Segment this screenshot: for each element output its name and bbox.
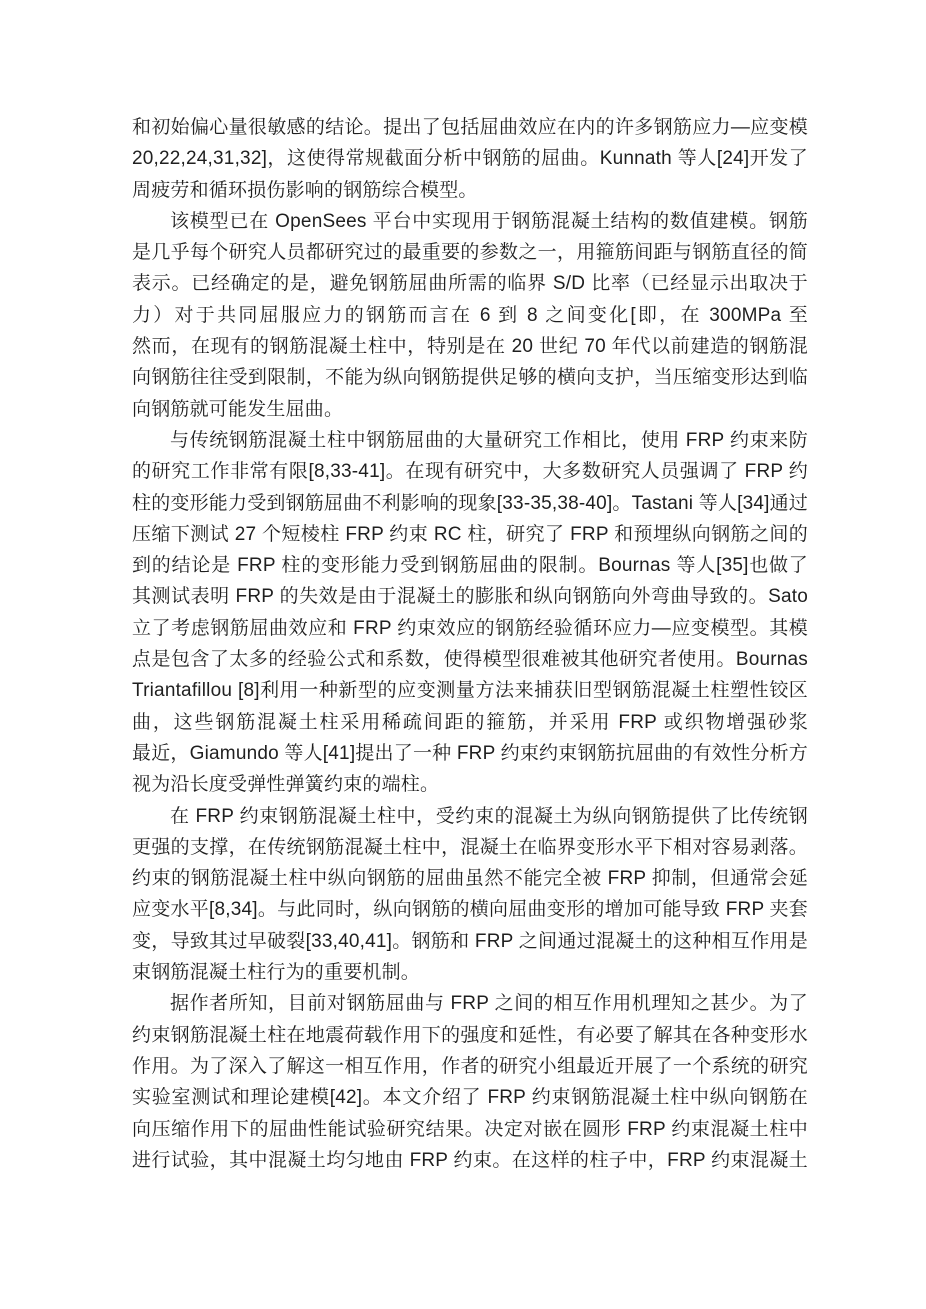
text-line: 和初始偏心量很敏感的结论。提出了包括屈曲效应在内的许多钢筋应力—应变模型[14,… <box>132 112 808 143</box>
text-line: 然而，在现有的钢筋混凝土柱中，特别是在 20 世纪 70 年代以前建造的钢筋混凝… <box>132 331 808 362</box>
text-line: 向钢筋往往受到限制，不能为纵向钢筋提供足够的横向支护，当压缩变形达到临界值时，纵 <box>132 362 808 393</box>
paragraph: 和初始偏心量很敏感的结论。提出了包括屈曲效应在内的许多钢筋应力—应变模型[14,… <box>132 112 808 206</box>
text-line: 进行试验，其中混凝土均匀地由 FRP 约束。在这样的柱子中，FRP 约束混凝土提… <box>132 1145 808 1176</box>
text-line: 其测试表明 FRP 的失效是由于混凝土的膨胀和纵向钢筋向外弯曲导致的。Sato … <box>132 581 808 612</box>
document-text: 和初始偏心量很敏感的结论。提出了包括屈曲效应在内的许多钢筋应力—应变模型[14,… <box>132 112 808 1176</box>
text-line: 点是包含了太多的经验公式和系数，使得模型很难被其他研究者使用。Bournas 和 <box>132 644 808 675</box>
text-line: 作用。为了深入了解这一相互作用，作者的研究小组最近开展了一个系统的研究项目，包括 <box>132 1051 808 1082</box>
text-line: 在 FRP 约束钢筋混凝土柱中，受约束的混凝土为纵向钢筋提供了比传统钢筋混凝土柱 <box>132 801 808 832</box>
text-line: 实验室测试和理论建模[42]。本文介绍了 FRP 约束钢筋混凝土柱中纵向钢筋在单… <box>132 1082 808 1113</box>
text-line: Triantafillou [8]利用一种新型的应变测量方法来捕获旧型钢筋混凝土… <box>132 675 808 706</box>
text-line: 柱的变形能力受到钢筋屈曲不利影响的现象[33-35,38-40]。Tastani… <box>132 488 808 519</box>
text-line: 向压缩作用下的屈曲性能试验研究结果。决定对嵌在圆形 FRP 约束混凝土柱中的纵向… <box>132 1114 808 1145</box>
text-line: 约束的钢筋混凝土柱中纵向钢筋的屈曲虽然不能完全被 FRP 抑制，但通常会延迟到更… <box>132 863 808 894</box>
text-line: 20,22,24,31,32]，这使得常规截面分析中钢筋的屈曲。Kunnath … <box>132 143 808 174</box>
text-line: 力）对于共同屈服应力的钢筋而言在 6 到 8 之间变化[即，在 300MPa 至… <box>132 300 808 331</box>
text-line: 应变水平[8,34]。与此同时，纵向钢筋的横向屈曲变形的增加可能导致 FRP 夹… <box>132 894 808 925</box>
text-line: 束钢筋混凝土柱行为的重要机制。 <box>132 957 808 988</box>
text-line: 最近，Giamundo 等人[41]提出了一种 FRP 约束约束钢筋抗屈曲的有效… <box>132 738 808 769</box>
document-page: 和初始偏心量很敏感的结论。提出了包括屈曲效应在内的许多钢筋应力—应变模型[14,… <box>0 0 926 1309</box>
text-line: 更强的支撑，在传统钢筋混凝土柱中，混凝土在临界变形水平下相对容易剥落。因此，FR… <box>132 832 808 863</box>
text-line: 是几乎每个研究人员都研究过的最重要的参数之一，用箍筋间距与钢筋直径的简单比值 S… <box>132 237 808 268</box>
text-line: 向钢筋就可能发生屈曲。 <box>132 394 808 425</box>
paragraph: 该模型已在 OpenSees 平台中实现用于钢筋混凝土结构的数值建模。钢筋的长细… <box>132 206 808 425</box>
text-line: 表示。已经确定的是，避免钢筋屈曲所需的临界 S/D 比率（已经显示出取决于钢的屈… <box>132 268 808 299</box>
text-line: 到的结论是 FRP 柱的变形能力受到钢筋屈曲的限制。Bournas 等人[35]… <box>132 550 808 581</box>
text-line: 变，导致其过早破裂[33,40,41]。钢筋和 FRP 之间通过混凝土的这种相互… <box>132 926 808 957</box>
text-line: 曲，这些钢筋混凝土柱采用稀疏间距的箍筋，并采用 FRP 或织物增强砂浆 (TRM… <box>132 707 808 738</box>
paragraph: 在 FRP 约束钢筋混凝土柱中，受约束的混凝土为纵向钢筋提供了比传统钢筋混凝土柱… <box>132 801 808 989</box>
paragraph: 与传统钢筋混凝土柱中钢筋屈曲的大量研究工作相比，使用 FRP 约束来防止钢筋屈曲… <box>132 425 808 801</box>
text-line: 周疲劳和循环损伤影响的钢筋综合模型。 <box>132 175 808 206</box>
text-line: 与传统钢筋混凝土柱中钢筋屈曲的大量研究工作相比，使用 FRP 约束来防止钢筋屈曲 <box>132 425 808 456</box>
text-line: 约束钢筋混凝土柱在地震荷载作用下的强度和延性，有必要了解其在各种变形水平上的相互 <box>132 1020 808 1051</box>
text-line: 据作者所知，目前对钢筋屈曲与 FRP 之间的相互作用机理知之甚少。为了准确预测 … <box>132 988 808 1019</box>
text-line: 视为沿长度受弹性弹簧约束的端柱。 <box>132 769 808 800</box>
paragraph: 据作者所知，目前对钢筋屈曲与 FRP 之间的相互作用机理知之甚少。为了准确预测 … <box>132 988 808 1176</box>
text-line: 压缩下测试 27 个短棱柱 FRP 约束 RC 柱，研究了 FRP 和预埋纵向钢… <box>132 519 808 550</box>
text-line: 的研究工作非常有限[8,33-41]。在现有研究中，大多数研究人员强调了 FRP… <box>132 456 808 487</box>
text-line: 立了考虑钢筋屈曲效应和 FRP 约束效应的钢筋经验循环应力—应变模型。其模型的一… <box>132 613 808 644</box>
text-line: 该模型已在 OpenSees 平台中实现用于钢筋混凝土结构的数值建模。钢筋的长细… <box>132 206 808 237</box>
